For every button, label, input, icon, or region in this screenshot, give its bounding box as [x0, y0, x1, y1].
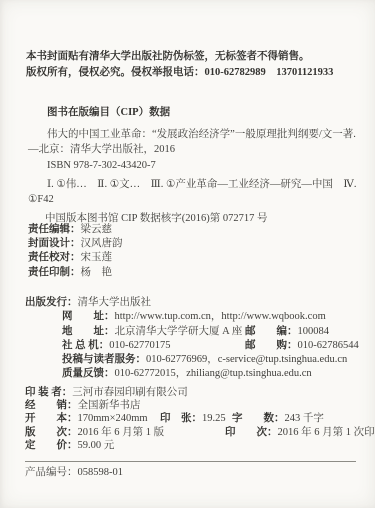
website-urls: http://www.tup.com.cn，http://www.wqbook.…	[115, 311, 326, 322]
product-code-row: 产品编号：058598-01	[25, 466, 123, 480]
print-supervisor-label: 责任印制：	[28, 267, 81, 278]
print-supervisor-name: 杨 艳	[81, 267, 113, 278]
product-code-value: 058598-01	[78, 467, 124, 478]
website-label: 网 址：	[62, 311, 115, 322]
anti-piracy-line: 本书封面贴有清华大学出版社防伪标签，无标签者不得销售。	[26, 49, 359, 65]
product-code-label: 产品编号：	[25, 467, 78, 478]
zip-value: 100084	[298, 326, 330, 337]
sheets-label: 印 张：	[160, 413, 202, 424]
reader-service-row: 投稿与读者服务：010-62776969，c-service@tup.tsing…	[25, 353, 365, 367]
cover-design-label: 封面设计：	[28, 238, 81, 249]
editor-name: 梁云慈	[81, 224, 113, 235]
proofreader-name: 宋玉莲	[81, 252, 113, 263]
publisher-label: 出版发行：	[25, 297, 78, 308]
publisher-block: 出版发行：清华大学出版社 网 址：http://www.tup.com.cn，h…	[25, 296, 365, 382]
quality-feedback-label: 质量反馈：	[62, 368, 115, 379]
format-label: 开 本：	[25, 413, 78, 424]
staff-credits: 责任编辑：梁云慈 封面设计：汉风唐韵 责任校对：宋玉莲 责任印制：杨 艳	[28, 223, 359, 280]
word-count-label: 字 数：	[232, 413, 285, 424]
isbn-line: ISBN 978-7-302-43420-7	[28, 158, 359, 173]
impression-label: 印 次：	[225, 427, 278, 438]
printer-value: 三河市春园印刷有限公司	[72, 387, 188, 398]
price-value: 59.00 元	[78, 440, 115, 451]
anti-piracy-notice: 本书封面贴有清华大学出版社防伪标签，无标签者不得销售。 版权所有，侵权必究。侵权…	[26, 49, 359, 81]
price-row: 定 价：59.00 元	[25, 439, 365, 452]
address-label: 地 址：	[62, 326, 115, 337]
switchboard-row: 社 总 机：010-62770175 邮 购：010-62786544	[25, 339, 365, 353]
cip-classification: Ⅰ. ①伟… Ⅱ. ①文… Ⅲ. ①产业革命—工业经济—研究—中国 Ⅳ. ①F4…	[28, 177, 359, 207]
switchboard-label: 社 总 机：	[62, 340, 109, 351]
zip-label: 邮 编：	[245, 326, 298, 337]
impression-value: 2016 年 6 月第 1 次印刷	[278, 427, 375, 438]
word-count-group: 字 数：243 千字	[232, 412, 324, 425]
cover-design-row: 封面设计：汉风唐韵	[28, 237, 359, 251]
proofreader-row: 责任校对：宋玉莲	[28, 251, 359, 265]
edition-label: 版 次：	[25, 427, 78, 438]
edition-row: 版 次：2016 年 6 月第 1 版 印 次：2016 年 6 月第 1 次印…	[25, 426, 365, 439]
reader-service-value: 010-62776969，c-service@tup.tsinghua.edu.…	[146, 354, 347, 365]
editor-label: 责任编辑：	[28, 224, 81, 235]
mail-order-group: 邮 购：010-62786544	[245, 339, 359, 353]
distributor-label: 经 销：	[25, 400, 78, 411]
production-block: 印 装 者：三河市春园印刷有限公司 经 销：全国新华书店 开 本：170mm×2…	[25, 386, 365, 452]
impression-group: 印 次：2016 年 6 月第 1 次印刷	[225, 426, 375, 439]
mail-order-label: 邮 购：	[245, 340, 298, 351]
format-row: 开 本：170mm×240mm 印 张：19.25 字 数：243 千字	[25, 412, 365, 425]
printer-row: 印 装 者：三河市春园印刷有限公司	[25, 386, 365, 399]
copyright-report-line: 版权所有，侵权必究。侵权举报电话：010-62782989 1370112193…	[26, 65, 359, 81]
editor-row: 责任编辑：梁云慈	[28, 223, 359, 237]
switchboard-value: 010-62770175	[109, 340, 170, 351]
print-supervisor-row: 责任印制：杨 艳	[28, 266, 359, 280]
zip-group: 邮 编：100084	[245, 325, 329, 339]
sheets-group: 印 张：19.25	[160, 412, 226, 425]
distributor-value: 全国新华书店	[78, 400, 141, 411]
proofreader-label: 责任校对：	[28, 252, 81, 263]
word-count-value: 243 千字	[285, 413, 324, 424]
address-row: 地 址：北京清华大学学研大厦 A 座 邮 编：100084	[25, 325, 365, 339]
price-label: 定 价：	[25, 440, 78, 451]
website-row: 网 址：http://www.tup.com.cn，http://www.wqb…	[25, 310, 365, 324]
format-value: 170mm×240mm	[78, 413, 148, 424]
address-value: 北京清华大学学研大厦 A 座	[115, 326, 243, 337]
publisher-row: 出版发行：清华大学出版社	[25, 296, 365, 310]
divider-rule	[25, 461, 356, 462]
cover-design-name: 汉风唐韵	[81, 238, 123, 249]
reader-service-label: 投稿与读者服务：	[62, 354, 146, 365]
cip-description: 伟大的中国工业革命：“发展政治经济学”一般原理批判纲要/文一著. —北京：清华大…	[28, 127, 359, 157]
quality-feedback-value: 010-62772015，zhiliang@tup.tsinghua.edu.c…	[115, 368, 312, 379]
cip-heading: 图书在版编目（CIP）数据	[28, 105, 359, 120]
quality-feedback-row: 质量反馈：010-62772015，zhiliang@tup.tsinghua.…	[25, 367, 365, 381]
mail-order-value: 010-62786544	[298, 340, 359, 351]
sheets-value: 19.25	[202, 413, 226, 424]
edition-value: 2016 年 6 月第 1 版	[78, 427, 165, 438]
copyright-page: 本书封面贴有清华大学出版社防伪标签，无标签者不得销售。 版权所有，侵权必究。侵权…	[0, 0, 375, 508]
cip-block: 图书在版编目（CIP）数据 伟大的中国工业革命：“发展政治经济学”一般原理批判纲…	[28, 105, 359, 226]
publisher-name: 清华大学出版社	[78, 297, 152, 308]
printer-label: 印 装 者：	[25, 387, 72, 398]
distributor-row: 经 销：全国新华书店	[25, 399, 365, 412]
